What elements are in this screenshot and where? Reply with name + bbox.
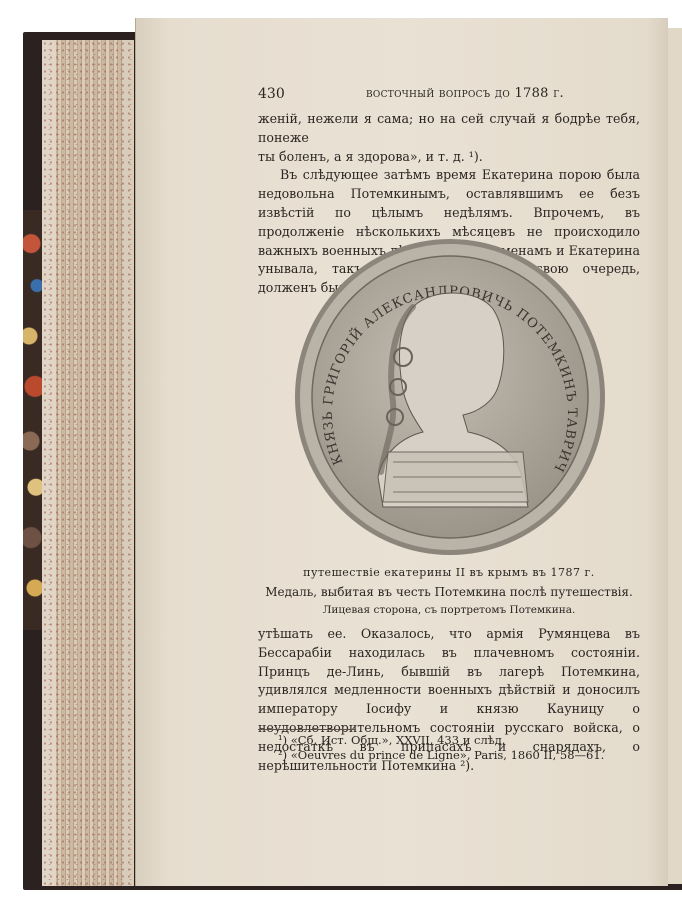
- figure-title: путешествіе екатерины II въ крымъ въ 178…: [258, 566, 640, 579]
- footnote-mark: ²): [278, 748, 287, 762]
- facing-page-edge: [666, 28, 682, 884]
- page-number: 430: [258, 86, 285, 102]
- footnote-rule: [258, 729, 356, 730]
- footnote-text: «Сб. Ист. Общ.», XXVII, 433 и слѣд.: [291, 733, 506, 747]
- footnote-1: ¹) «Сб. Ист. Общ.», XXVII, 433 и слѣд.: [278, 733, 604, 748]
- footnote-mark: ¹): [278, 733, 287, 747]
- running-head: восточный вопросъ до 1788 г.: [366, 86, 564, 101]
- figure-caption: Медаль, выбитая въ честь Потемкина послѣ…: [258, 585, 640, 599]
- sprinkled-edge-texture: [42, 40, 134, 886]
- medal-illustration: КНЯЗЬ ГРИГОРІЙ АЛЕКСАНДРОВИЧЬ ПОТЕМКИНЪ …: [293, 237, 607, 557]
- paragraph-line: ты боленъ, а я здорова», и т. д. ¹).: [258, 148, 640, 167]
- marbled-endpaper: [23, 210, 43, 630]
- footnotes: ¹) «Сб. Ист. Общ.», XXVII, 433 и слѣд. ²…: [278, 733, 604, 763]
- paragraph-line: женій, нежели я сама; но на сей случай я…: [258, 110, 640, 148]
- footnote-2: ²) «Oeuvres du prince de Ligne», Paris, …: [278, 748, 604, 763]
- footnote-text: «Oeuvres du prince de Ligne», Paris, 186…: [291, 748, 605, 762]
- figure-subcaption: Лицевая сторона, съ портретомъ Потемкина…: [258, 604, 640, 616]
- page-header: 430 восточный вопросъ до 1788 г.: [258, 86, 638, 106]
